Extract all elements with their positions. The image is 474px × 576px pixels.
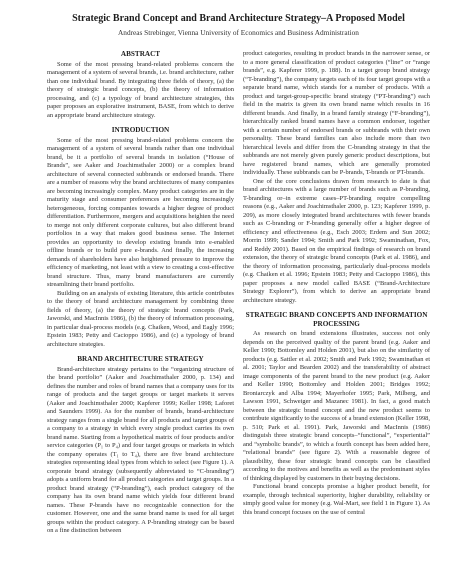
two-column-layout: ABSTRACT Some of the most pressing brand… [47,50,430,536]
page-title: Strategic Brand Concept and Brand Archit… [47,13,430,25]
brand-architecture-paragraph-continued: product categories, resulting in product… [243,50,430,178]
strategic-concepts-paragraph-1: As research on brand extensions illustra… [243,330,430,483]
brand-architecture-paragraph-1: Brand-architecture strategy pertains to … [47,366,234,536]
introduction-paragraph-1: Some of the most pressing brand-related … [47,137,234,290]
abstract-paragraph: Some of the most pressing brand-related … [47,61,234,121]
section-heading-strategic-brand-concepts: STRATEGIC BRAND CONCEPTS AND INFORMATION… [243,311,430,328]
author-line: Andreas Strebinger, Vienna University of… [47,28,430,37]
brand-architecture-paragraph-2: One of the core conclusions drawn from r… [243,178,430,306]
paper-page: Strategic Brand Concept and Brand Archit… [0,0,474,576]
section-heading-abstract: ABSTRACT [47,50,234,59]
section-heading-introduction: INTRODUCTION [47,126,234,135]
section-heading-brand-architecture-strategy: BRAND ARCHITECTURE STRATEGY [47,355,234,364]
strategic-concepts-paragraph-2: Functional brand concepts promise a high… [243,483,430,517]
introduction-paragraph-2: Building on an analysis of existing lite… [47,290,234,350]
column-left: ABSTRACT Some of the most pressing brand… [47,50,234,536]
column-right: product categories, resulting in product… [243,50,430,536]
